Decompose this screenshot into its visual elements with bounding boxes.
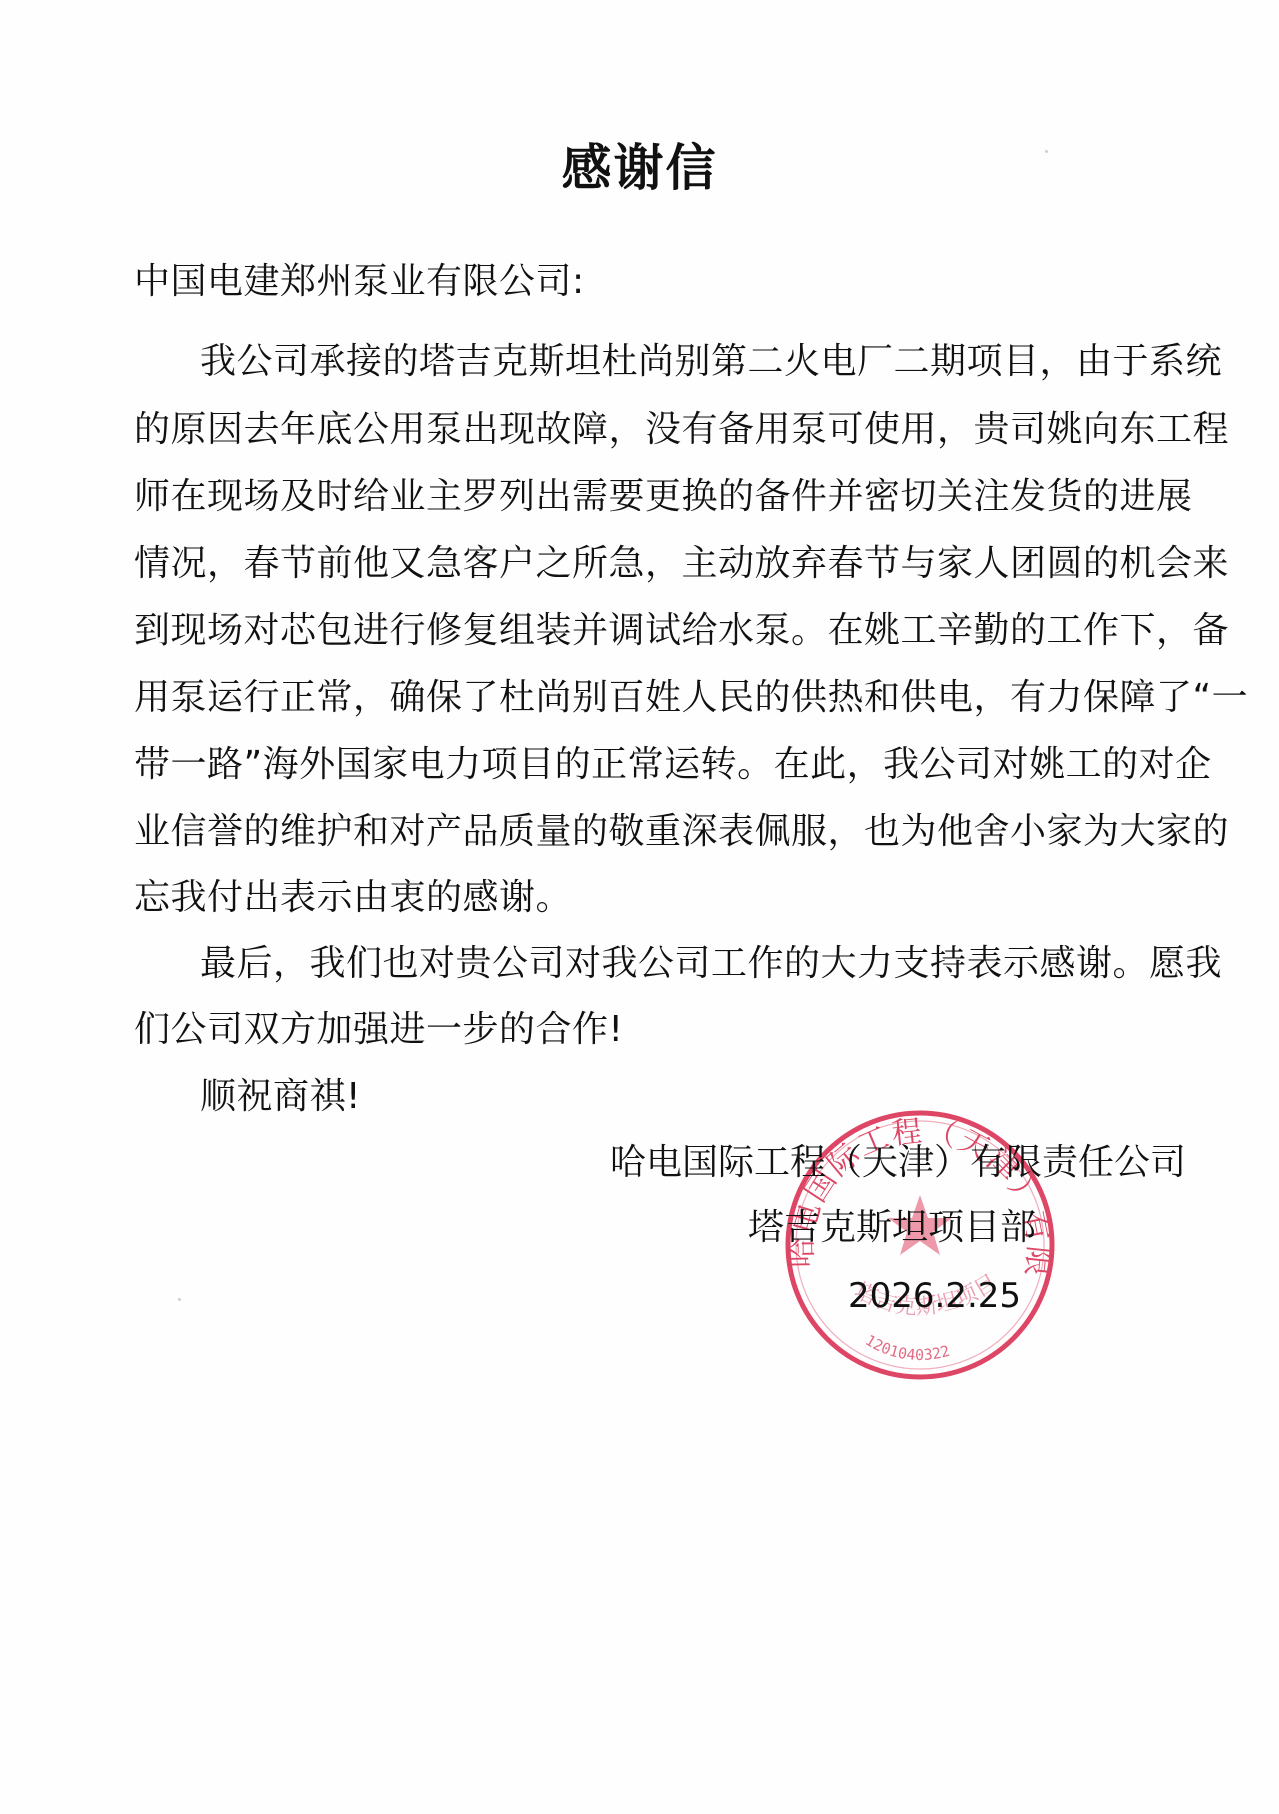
paragraph-2-line: 最后，我们也对贵公司对我公司工作的大力支持表示感谢。愿我	[200, 940, 1170, 988]
paragraph-1-line: 忘我付出表示由衷的感谢。	[134, 874, 572, 922]
paragraph-1-line: 的原因去年底公用泵出现故障，没有备用泵可使用，贵司姚向东工程	[134, 406, 1170, 454]
svg-text:1201040322: 1201040322	[862, 1331, 952, 1364]
salutation: 中国电建郑州泵业有限公司:	[134, 258, 585, 306]
letter-page: 感谢信 中国电建郑州泵业有限公司: 我公司承接的塔吉克斯坦杜尚别第二火电厂二期项…	[0, 0, 1279, 1814]
signature-date: 2026.2.25	[848, 1272, 1021, 1320]
scan-speck	[1045, 150, 1048, 153]
paragraph-1-line: 我公司承接的塔吉克斯坦杜尚别第二火电厂二期项目，由于系统	[200, 338, 1170, 386]
paragraph-1-line: 业信誉的维护和对产品质量的敬重深表佩服，也为他舍小家为大家的	[134, 808, 1170, 856]
paragraph-1-line: 情况，春节前他又急客户之所急，主动放弃春节与家人团圆的机会来	[134, 540, 1170, 588]
paragraph-1-line: 用泵运行正常，确保了杜尚别百姓人民的供热和供电，有力保障了“一	[134, 674, 1170, 722]
paragraph-1-line: 带一路”海外国家电力项目的正常运转。在此，我公司对姚工的对企	[134, 741, 1170, 789]
signature-department: 塔吉克斯坦项目部	[748, 1204, 1036, 1252]
paragraph-1-line: 到现场对芯包进行修复组装并调试给水泵。在姚工辛勤的工作下，备	[134, 607, 1170, 655]
scan-speck	[178, 1298, 181, 1301]
svg-text:哈电国际工程（天津）有限责任公司: 哈电国际工程（天津）有限责任公司	[775, 1100, 1056, 1280]
letter-title: 感谢信	[0, 136, 1279, 200]
signature-company: 哈电国际工程（天津）有限责任公司	[610, 1139, 1186, 1187]
paragraph-2-line: 们公司双方加强进一步的合作!	[134, 1006, 623, 1054]
paragraph-1-line: 师在现场及时给业主罗列出需要更换的备件并密切关注发货的进展	[134, 473, 1170, 521]
closing-greeting: 顺祝商祺!	[200, 1073, 361, 1121]
